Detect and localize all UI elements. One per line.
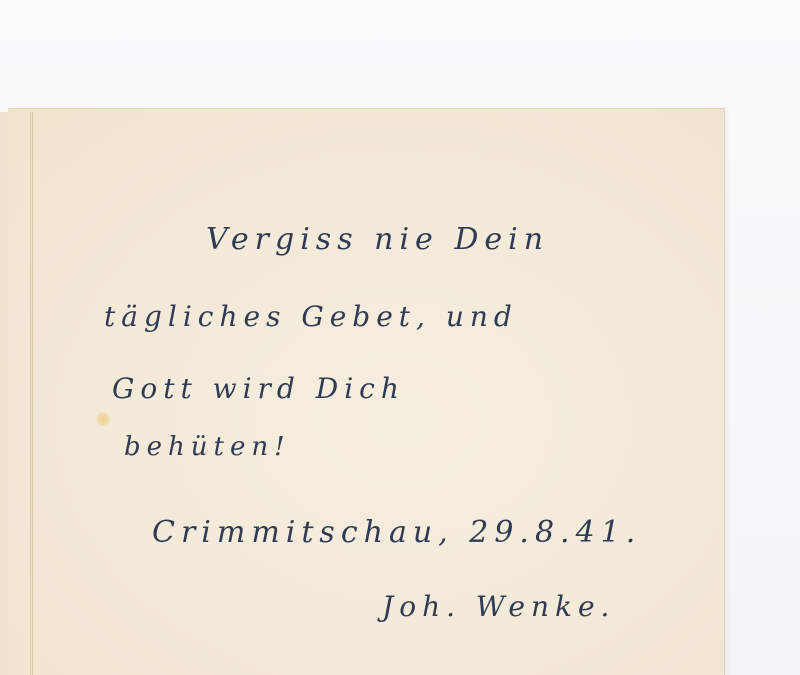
inscription-line-2: tägliches Gebet, und bbox=[104, 300, 518, 333]
foxing-stain bbox=[96, 412, 110, 426]
inscription-signature: Joh. Wenke. bbox=[382, 590, 615, 623]
inscription-line-4: behüten! bbox=[124, 432, 291, 462]
inscription-place-date: Crimmitschau, 29.8.41. bbox=[152, 515, 641, 550]
inscription-line-1: Vergiss nie Dein bbox=[206, 222, 549, 257]
inscription-line-3: Gott wird Dich bbox=[112, 372, 405, 405]
book-gutter bbox=[30, 112, 33, 675]
